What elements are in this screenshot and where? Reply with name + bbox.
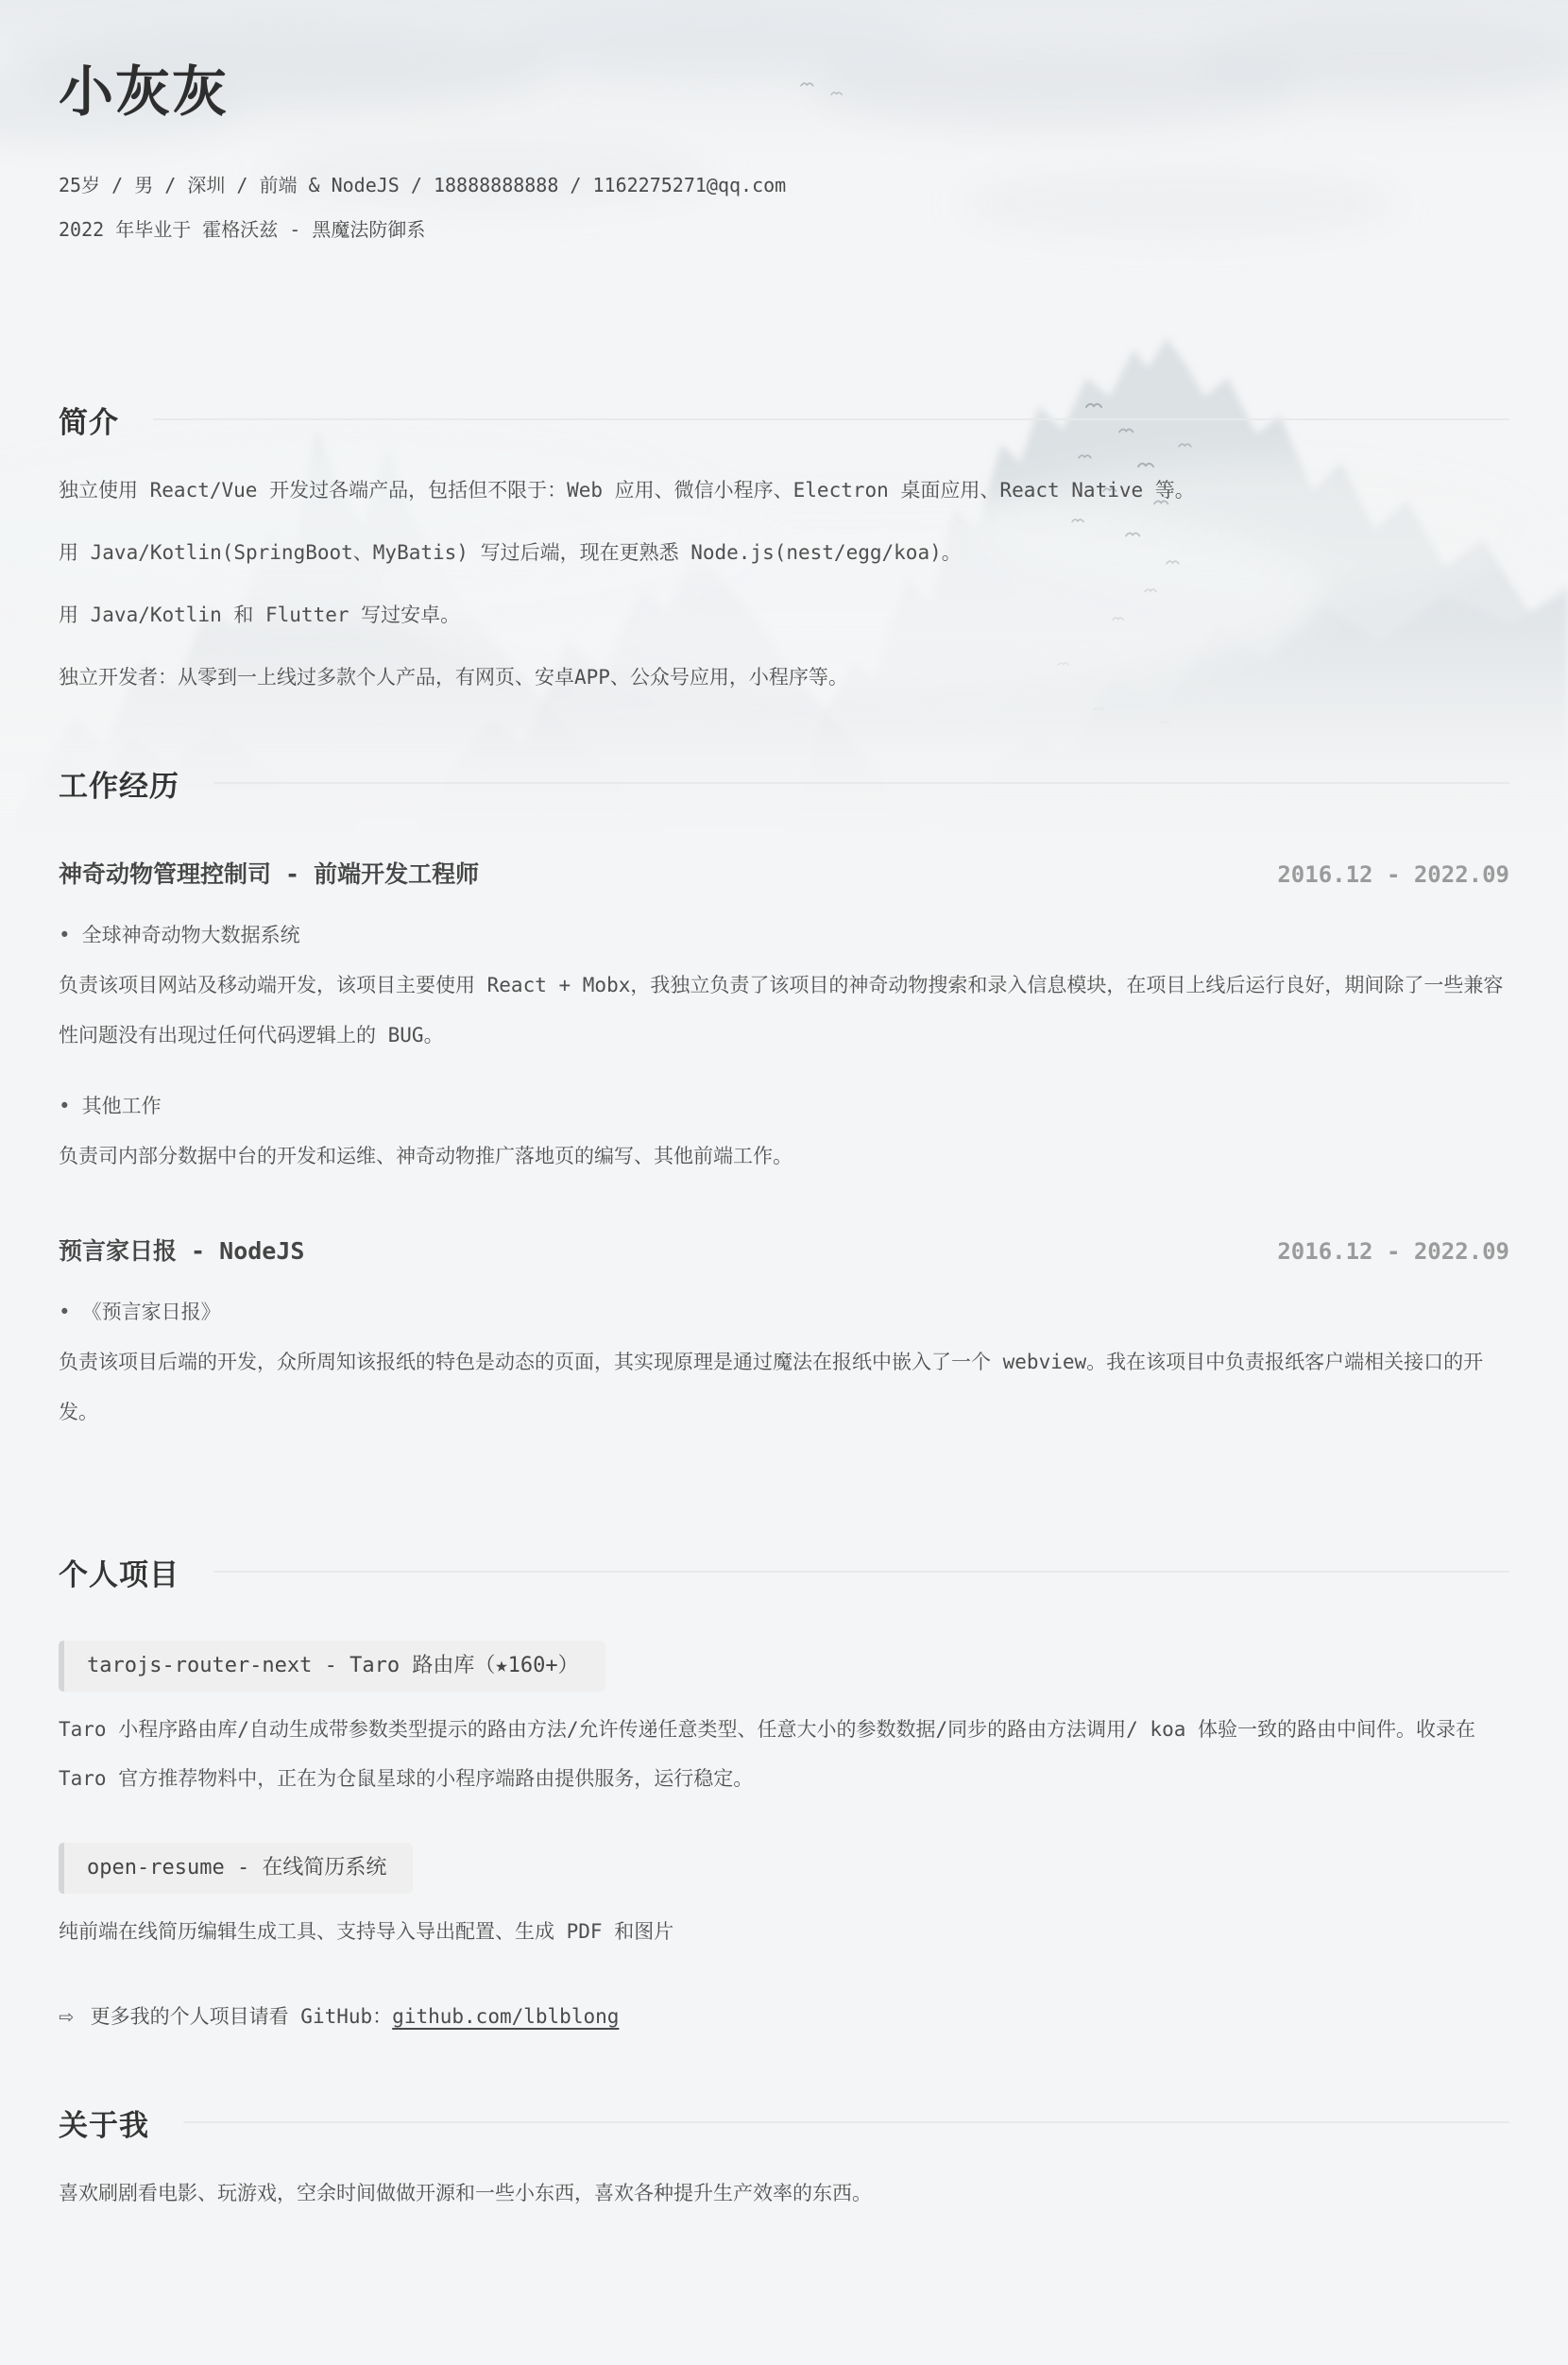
job-period: 2016.12 - 2022.09 [1277, 1238, 1509, 1265]
section-work: 工作经历 神奇动物管理控制司 - 前端开发工程师 2016.12 - 2022.… [59, 762, 1509, 1438]
bullet-detail: 负责该项目网站及移动端开发，该项目主要使用 React + Mobx，我独立负责… [59, 961, 1509, 1061]
resume-content: 小灰灰 25岁 / 男 / 深圳 / 前端 & NodeJS / 1888888… [0, 0, 1568, 2218]
resume-page: 小灰灰 25岁 / 男 / 深圳 / 前端 & NodeJS / 1888888… [0, 0, 1568, 2365]
job-period: 2016.12 - 2022.09 [1277, 861, 1509, 888]
education-info-line: 2022 年毕业于 霍格沃兹 - 黑魔法防御系 [59, 208, 1509, 252]
section-divider [213, 782, 1509, 784]
section-divider [183, 2121, 1509, 2123]
bullet-dot-icon: • [59, 1095, 71, 1117]
project-description: 纯前端在线简历编辑生成工具、支持导入导出配置、生成 PDF 和图片 [59, 1907, 1509, 1956]
bullet-label: 其他工作 [82, 1095, 162, 1117]
section-intro: 简介 独立使用 React/Vue 开发过各端产品，包括但不限于：Web 应用、… [59, 399, 1509, 702]
github-link[interactable]: github.com/lblblong [392, 1998, 619, 2035]
job-title: 神奇动物管理控制司 - 前端开发工程师 [59, 856, 479, 890]
section-title-intro: 简介 [59, 399, 119, 441]
intro-paragraph: 独立开发者：从零到一上线过多款个人产品，有网页、安卓APP、公众号应用，小程序等… [59, 653, 1509, 702]
candidate-name: 小灰灰 [59, 60, 1509, 124]
job-bullet: •全球神奇动物大数据系统 负责该项目网站及移动端开发，该项目主要使用 React… [59, 910, 1509, 1061]
project-badge: tarojs-router-next - Taro 路由库（★160+） [59, 1641, 605, 1692]
more-projects-row: ⇨ 更多我的个人项目请看 GitHub： github.com/lblblong [59, 1998, 1509, 2035]
section-divider [153, 418, 1509, 420]
more-projects-text: 更多我的个人项目请看 GitHub： [91, 1998, 393, 2035]
project-badge: open-resume - 在线简历系统 [59, 1843, 413, 1894]
section-title-work: 工作经历 [59, 762, 179, 805]
section-title-projects: 个人项目 [59, 1551, 179, 1593]
job-item: 预言家日报 - NodeJS 2016.12 - 2022.09 •《预言家日报… [59, 1233, 1509, 1438]
intro-paragraph: 用 Java/Kotlin 和 Flutter 写过安卓。 [59, 590, 1509, 639]
basic-info-line: 25岁 / 男 / 深圳 / 前端 & NodeJS / 18888888888… [59, 163, 1509, 208]
section-about: 关于我 喜欢刷剧看电影、玩游戏，空余时间做做开源和一些小东西，喜欢各种提升生产效… [59, 2101, 1509, 2218]
bullet-dot-icon: • [59, 924, 71, 946]
job-title: 预言家日报 - NodeJS [59, 1233, 304, 1267]
bullet-label: 全球神奇动物大数据系统 [82, 924, 300, 946]
intro-paragraph: 用 Java/Kotlin(SpringBoot、MyBatis) 写过后端，现… [59, 528, 1509, 577]
bullet-label: 《预言家日报》 [82, 1301, 221, 1323]
project-description: Taro 小程序路由库/自动生成带参数类型提示的路由方法/允许传递任意类型、任意… [59, 1705, 1509, 1803]
bullet-detail: 负责司内部分数据中台的开发和运维、神奇动物推广落地页的编写、其他前端工作。 [59, 1131, 1509, 1182]
intro-paragraph: 独立使用 React/Vue 开发过各端产品，包括但不限于：Web 应用、微信小… [59, 466, 1509, 515]
bullet-detail: 负责该项目后端的开发，众所周知该报纸的特色是动态的页面，其实现原理是通过魔法在报… [59, 1337, 1509, 1438]
job-bullet: •其他工作 负责司内部分数据中台的开发和运维、神奇动物推广落地页的编写、其他前端… [59, 1081, 1509, 1182]
job-item: 神奇动物管理控制司 - 前端开发工程师 2016.12 - 2022.09 •全… [59, 856, 1509, 1182]
resume-header: 小灰灰 25岁 / 男 / 深圳 / 前端 & NodeJS / 1888888… [59, 60, 1509, 252]
section-title-about: 关于我 [59, 2101, 149, 2144]
arrow-right-icon: ⇨ [59, 2004, 74, 2029]
bullet-dot-icon: • [59, 1301, 71, 1323]
about-paragraph: 喜欢刷剧看电影、玩游戏，空余时间做做开源和一些小东西，喜欢各种提升生产效率的东西… [59, 2169, 1509, 2218]
job-bullet: •《预言家日报》 负责该项目后端的开发，众所周知该报纸的特色是动态的页面，其实现… [59, 1287, 1509, 1438]
section-projects: 个人项目 tarojs-router-next - Taro 路由库（★160+… [59, 1551, 1509, 2035]
section-divider [213, 1571, 1509, 1573]
